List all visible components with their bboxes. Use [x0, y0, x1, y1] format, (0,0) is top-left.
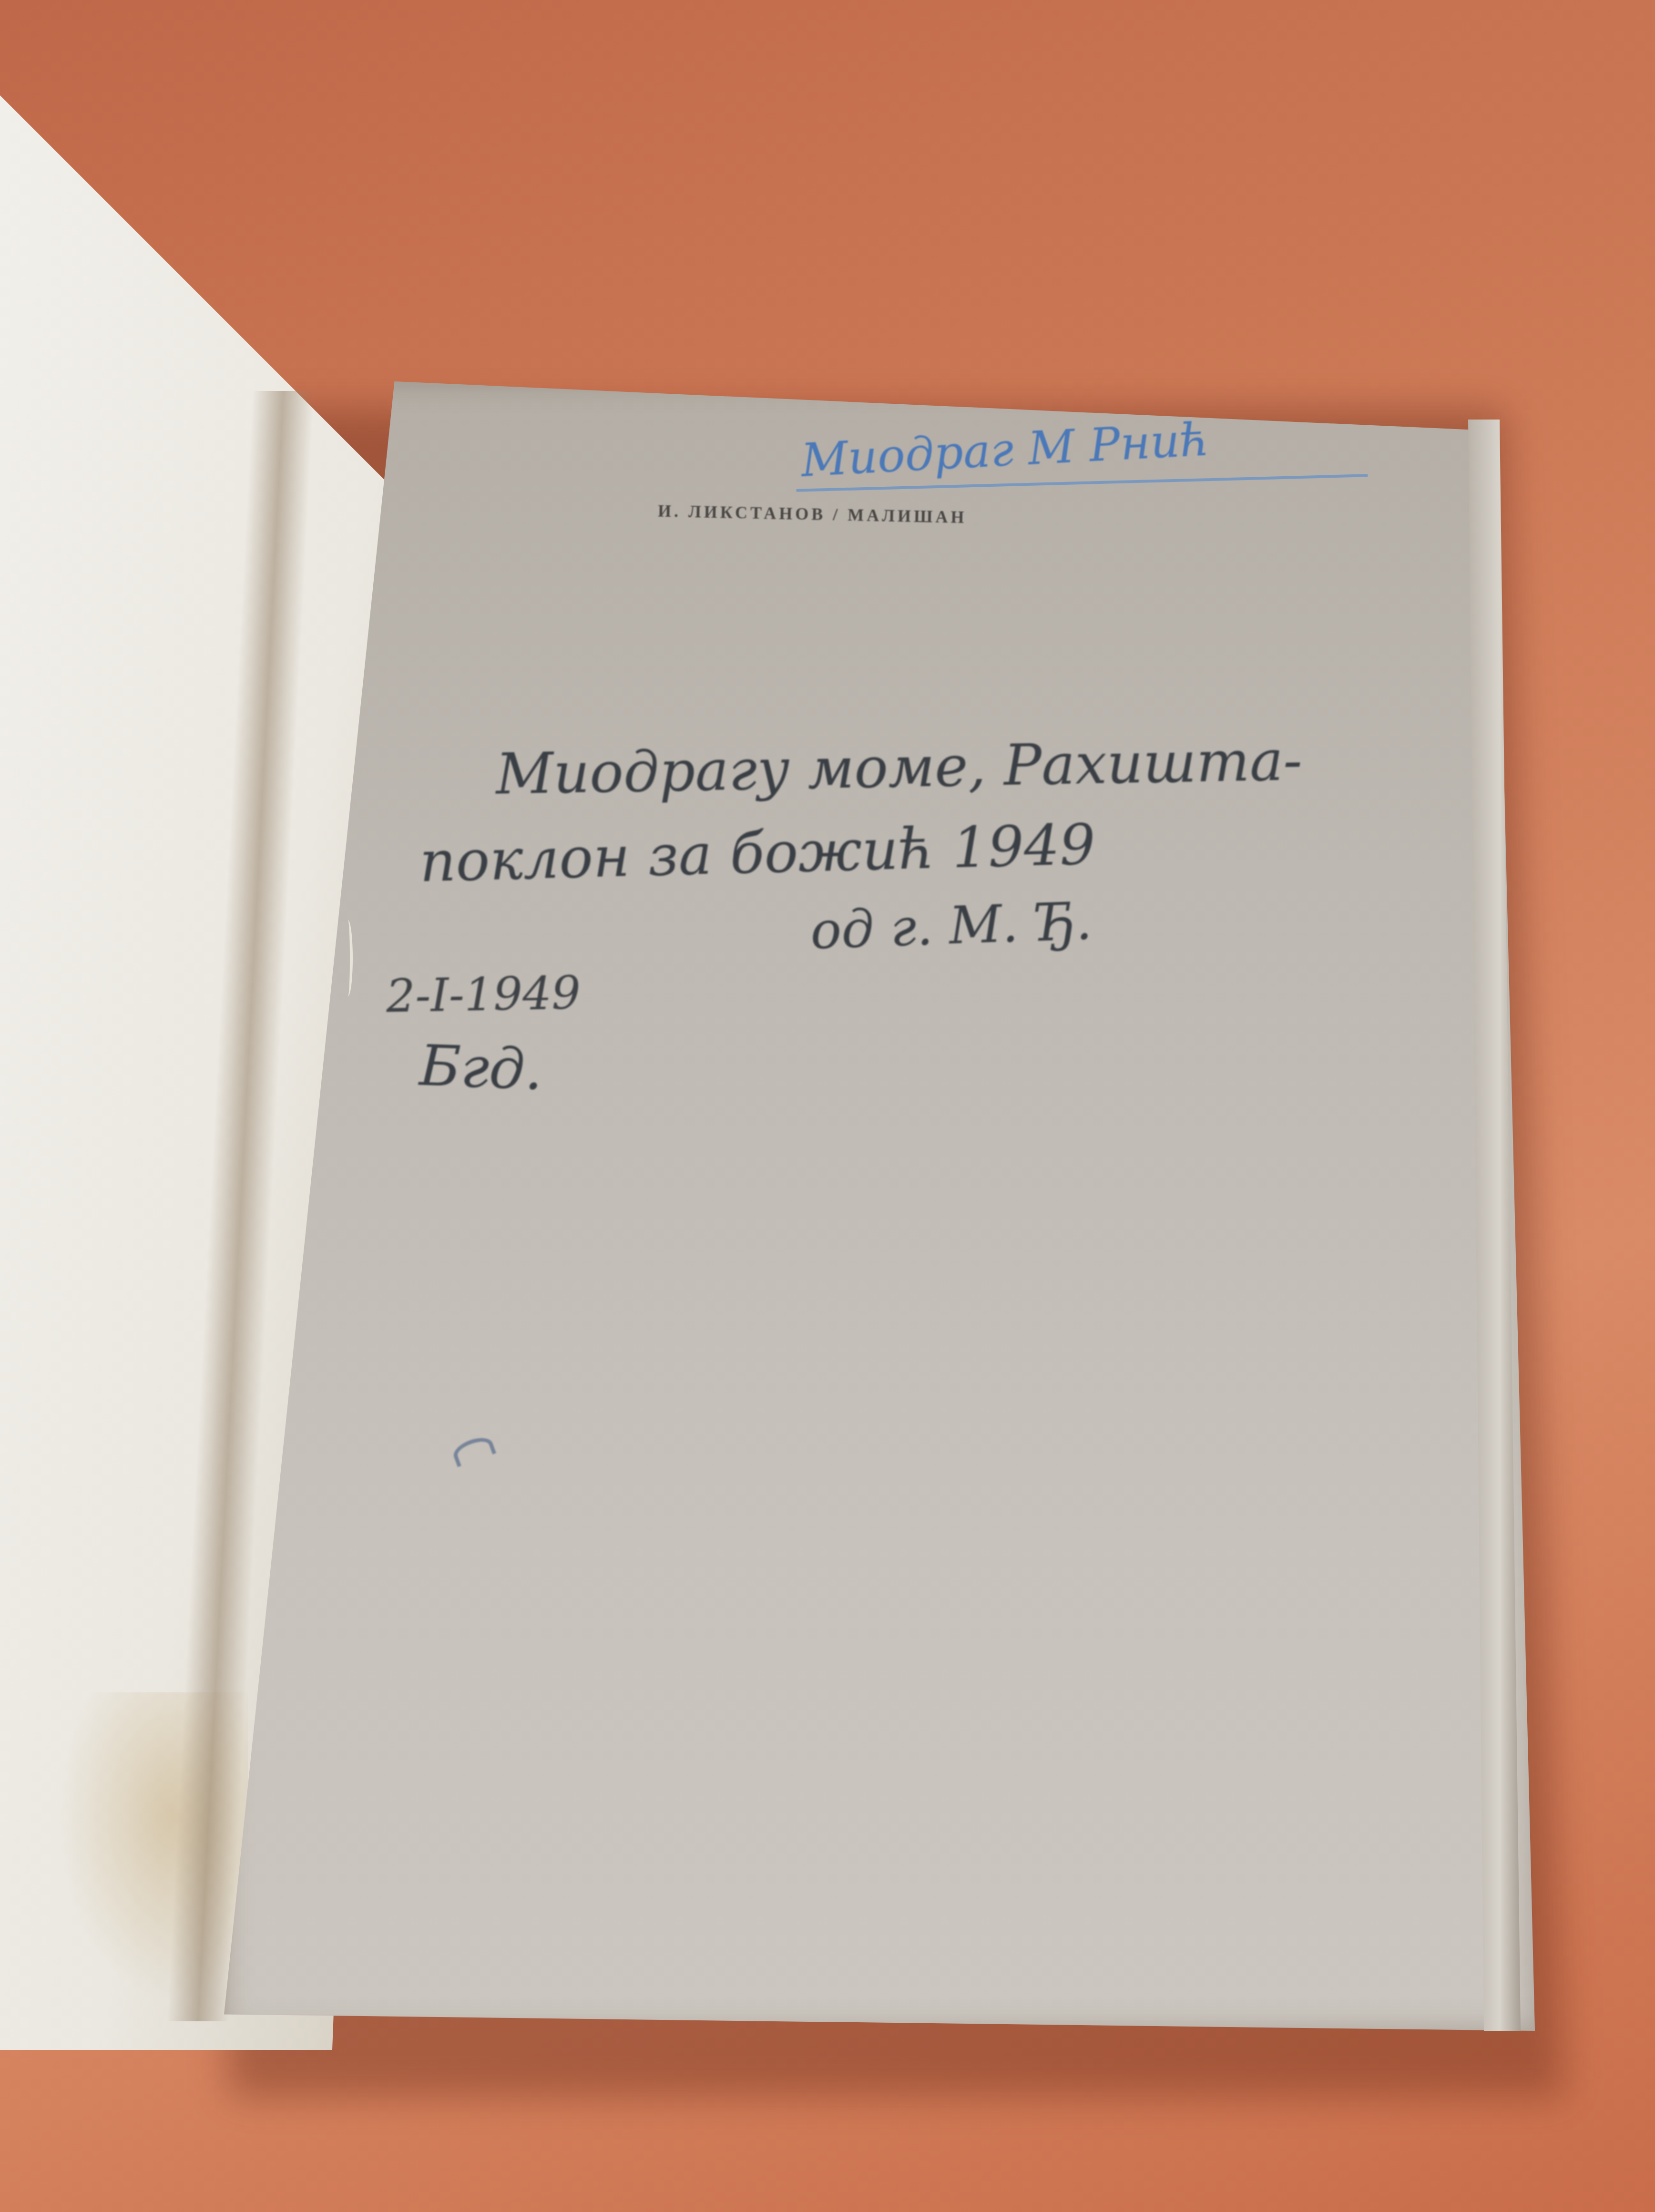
inscription-line-1: Миодрагу моме, Рахишта-	[495, 727, 1303, 807]
book-photo: Миодраг М Рнић И. ЛИКСТАНОВ / МАЛИШАН Ми…	[0, 0, 1655, 2212]
inscription-place: Бгд.	[419, 1033, 544, 1103]
title-page	[224, 381, 1535, 2031]
inscription-date: 2-I-1949	[386, 966, 581, 1023]
inscription-line-3: од г. М. Ђ.	[809, 891, 1093, 961]
paper-crease	[343, 920, 353, 996]
